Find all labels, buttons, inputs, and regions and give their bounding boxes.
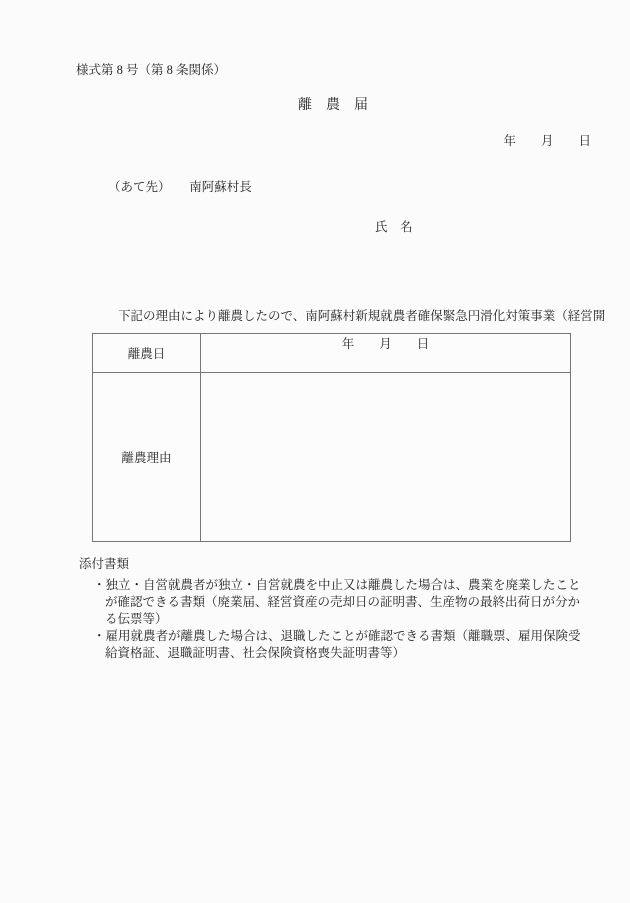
exit-date-label-cell: 離農日: [93, 334, 201, 373]
attachment-item-line: ・独立・自営就農者が独立・自営就農を中止又は離農した場合は、農業を廃業したこと: [93, 577, 581, 594]
document-page: 様式第 8 号（第 8 条関係） 離 農 届 年 月 日 （あて先） 南阿蘇村長…: [0, 0, 630, 903]
attachment-item: ・独立・自営就農者が独立・自営就農を中止又は離農した場合は、農業を廃業したこと …: [93, 577, 581, 628]
date-blank-line: 年 月 日: [75, 134, 591, 150]
attachment-item-line: 給資格証、退職証明書、社会保険資格喪失証明書等）: [105, 645, 581, 662]
form-number: 様式第 8 号（第 8 条関係）: [76, 63, 226, 79]
attachment-item-line: る伝票等）: [105, 611, 581, 628]
table-row-exit-date: 離農日 年 月 日: [93, 334, 571, 373]
attachment-item: ・雇用就農者が離農した場合は、退職したことが確認できる書類（離職票、雇用保険受 …: [93, 628, 581, 662]
table-row-exit-reason: 離農理由: [93, 373, 571, 542]
body-paragraph-line: 下記の理由により離農したので、南阿蘇村新規就農者確保緊急円滑化対策事業（経営開: [105, 303, 605, 330]
attachment-item-line: ・雇用就農者が離農した場合は、退職したことが確認できる書類（離職票、雇用保険受: [93, 628, 581, 645]
farming-exit-table: 離農日 年 月 日 離農理由: [92, 333, 571, 542]
page-title: 離 農 届: [75, 97, 591, 115]
addressee-line: （あて先） 南阿蘇村長: [108, 180, 252, 196]
exit-reason-label-cell: 離農理由: [93, 373, 201, 542]
exit-date-value-cell: 年 月 日: [201, 334, 571, 373]
attachments-heading: 添付書類: [79, 557, 129, 573]
attachment-item-line: が確認できる書類（廃業届、経営資産の売却日の証明書、生産物の最終出荷日が分か: [105, 594, 581, 611]
name-label: 氏 名: [375, 220, 413, 236]
exit-reason-value-cell: [201, 373, 571, 542]
attachments-list: ・独立・自営就農者が独立・自営就農を中止又は離農した場合は、農業を廃業したこと …: [93, 577, 581, 662]
